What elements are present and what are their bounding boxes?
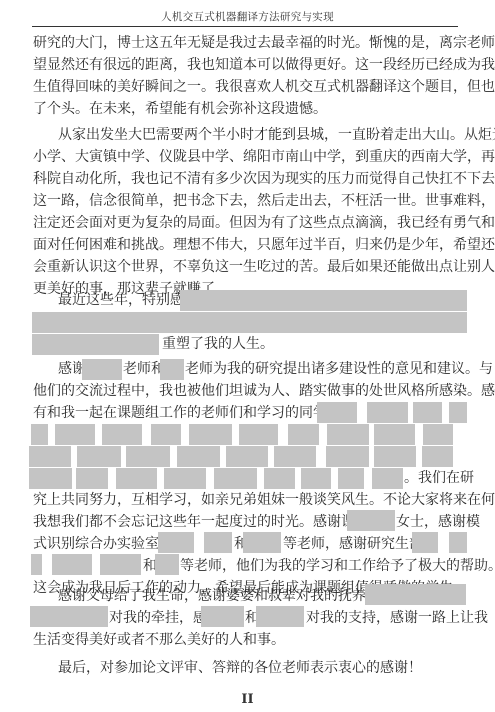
redaction-block [372,468,403,489]
redaction-block [449,402,467,423]
redaction-block [100,554,141,575]
redaction-block [256,606,304,627]
text-line: 了个头。在未来，希望能有机会弥补这段遗憾。 [33,99,465,119]
redaction-block [317,402,357,423]
redaction-block [449,532,467,553]
text-line: 。我们在研 [404,468,474,488]
text-line: 老师为我的研究提出诸多建设性的意见和建议。与 [185,359,470,379]
redaction-block [412,532,438,553]
redaction-block [338,468,364,489]
redaction-block [347,510,395,531]
redaction-block [31,554,42,575]
redaction-block [32,312,467,333]
redaction-block [189,424,232,445]
redaction-block [82,359,122,380]
closing-paragraph: 最后，对参加论文评审、答辩的各位老师表示衷心的感谢！ [58,658,490,678]
text-line: 面对任何困难和挑战。理想不伟大，只愿年过半百，归来仍是少年，希望还有机 [33,235,465,255]
redaction-block [102,424,142,445]
redaction-block [155,554,179,575]
header-rule [32,26,458,27]
redaction-block [326,446,369,467]
redaction-block [301,468,331,489]
redaction-block [288,424,319,445]
redaction-block [160,359,184,380]
redaction-block [32,334,159,355]
text-line: 究上共同努力，互相学习，如亲兄弟姐妹一般谈笑风生。不论大家将来在何处， [33,490,465,510]
text-line: 等老师，他们为我的学习和工作给予了极大的帮助。 [180,556,472,576]
redaction-block [29,468,72,489]
redaction-block [422,446,453,467]
page-number: II [0,692,495,707]
redaction-block [327,424,369,445]
text-line: 科院自动化所，我也记不清有多少次因为现实的压力而觉得自己快扛不下去了。 [33,169,465,189]
redaction-block [367,402,408,423]
redaction-block [201,606,244,627]
text-line: 生值得回味的美好瞬间之一。我很喜欢人机交互式机器翻译这个题目，但也仅开 [33,77,465,97]
text-line: 会重新认识这个世界，不辜负这一生吃过的苦。最后如果还能做出点让别人生活 [33,257,465,277]
text-line: 他们的交流过程中，我也被他们坦诚为人、踏实做事的处世风格所感染。感谢所 [33,381,465,401]
redaction-block [239,424,278,445]
text-line: 注定还会面对更为复杂的局面。但因为有了这些点点滴滴，我已经有勇气和耐心 [33,213,465,233]
redaction-block [413,402,442,423]
text-line: 这一路，信念很简单，把书念下去，然后走出去，不枉活一世。世事难料，未来 [33,191,465,211]
redaction-block [76,468,108,489]
redaction-block [29,446,71,467]
text-line: 研究的大门，博士这五年无疑是我过去最幸福的时光。惭愧的是，离宗老师的期 [33,33,465,53]
redaction-block [158,532,194,553]
redaction-block [365,584,466,605]
redaction-block [177,446,220,467]
redaction-block [77,446,121,467]
redaction-block [55,424,95,445]
redaction-block [151,424,181,445]
redaction-block [204,532,232,553]
text-line: 对我的支持，感谢一路上让我 [306,608,471,628]
header-title: 人机交互式机器翻译方法研究与实现 [0,9,495,24]
redaction-block [374,424,415,445]
redaction-block [274,446,316,467]
text-line: 小学、大寅镇中学、仪陇县中学、绵阳市南山中学，到重庆的西南大学，再到中 [33,147,465,167]
redaction-block [226,446,268,467]
redaction-block [126,446,170,467]
redaction-block [264,468,295,489]
text-line: 生活变得美好或者不那么美好的人和事。 [33,630,465,650]
text-line: 对我的牵挂，感谢 [109,608,209,628]
text-line: 望显然还有很远的距离，我也知道本可以做得更好。这一段经历已经成为我这一 [33,55,465,75]
redaction-block [30,606,108,627]
redaction-block [243,532,281,553]
redaction-block [116,468,157,489]
redaction-block [31,424,48,445]
redaction-block [423,424,453,445]
redaction-block [374,446,416,467]
redaction-block [52,554,92,575]
redaction-block [180,290,467,311]
redaction-block [164,468,206,489]
redaction-block [214,468,257,489]
text-line: 女士，感谢模 [396,512,476,532]
text-line: 重塑了我的人生。 [162,334,495,354]
text-line: 从家出发坐大巴需要两个半小时才能到县城，一直盼着走出大山。从炬光乡 [58,125,465,145]
